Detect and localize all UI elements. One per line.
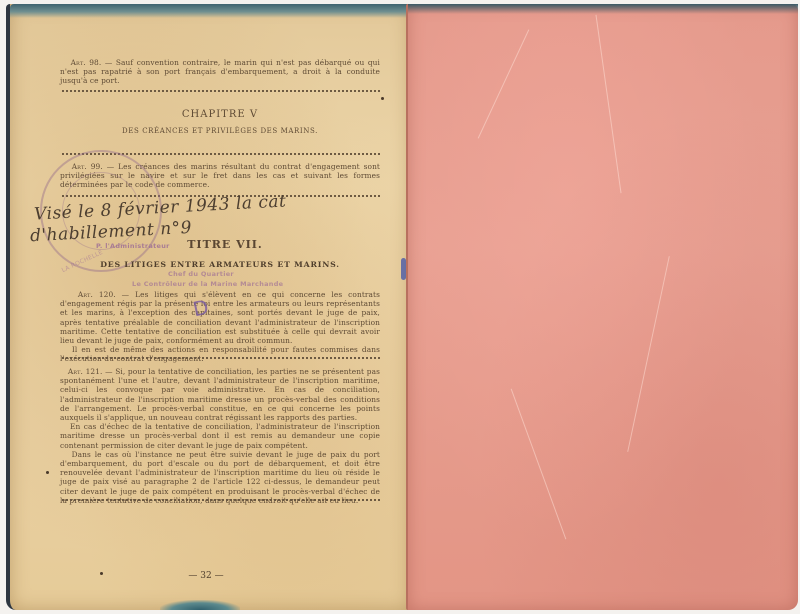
article-121: Art. 121. — Si, pour la tentative de con… bbox=[60, 367, 380, 505]
paper-crease bbox=[478, 29, 530, 138]
article-120-text: — Les litiges qui s'élèvent en ce qui co… bbox=[60, 290, 380, 345]
stamp-controleur: Le Contrôleur de la Marine Marchande bbox=[132, 280, 283, 288]
article-120-text-2: Il en est de même des actions en respons… bbox=[60, 345, 380, 363]
chapter-subtitle: DES CRÉANCES ET PRIVILÈGES DES MARINS. bbox=[40, 127, 400, 135]
titre-heading: TITRE VII. bbox=[60, 238, 390, 251]
article-98-text: — Sauf convention contraire, le marin qu… bbox=[60, 58, 380, 85]
article-120: Art. 120. — Les litiges qui s'élèvent en… bbox=[60, 290, 380, 364]
dotted-divider bbox=[62, 357, 380, 359]
article-120-label: Art. 120. bbox=[78, 290, 116, 299]
article-121-text: — Si, pour la tentative de conciliation,… bbox=[60, 367, 380, 422]
dotted-divider bbox=[62, 90, 380, 92]
article-121-label: Art. 121. bbox=[68, 367, 103, 376]
article-98: Art. 98. — Sauf convention contraire, le… bbox=[60, 58, 380, 86]
paper-crease bbox=[595, 15, 621, 193]
paper-crease bbox=[511, 389, 567, 540]
margin-dot bbox=[46, 471, 49, 474]
article-121-text-3: Dans le cas où l'instance ne peut être s… bbox=[60, 450, 380, 505]
stamp-chef-quartier: Chef du Quartier bbox=[168, 270, 234, 278]
margin-dot bbox=[381, 97, 384, 100]
dotted-divider bbox=[62, 499, 380, 501]
right-page-blank bbox=[406, 4, 798, 610]
chapter-title: CHAPITRE V bbox=[40, 109, 400, 120]
titre-subtitle: DES LITIGES ENTRE ARMATEURS ET MARINS. bbox=[40, 260, 400, 269]
article-121-text-2: En cas d'échec de la tentative de concil… bbox=[60, 422, 380, 449]
article-98-label: Art. 98. bbox=[71, 58, 102, 67]
paper-crease bbox=[627, 256, 670, 452]
open-booklet: Art. 98. — Sauf convention contraire, le… bbox=[0, 0, 800, 614]
page-number: — 32 — bbox=[0, 571, 412, 581]
